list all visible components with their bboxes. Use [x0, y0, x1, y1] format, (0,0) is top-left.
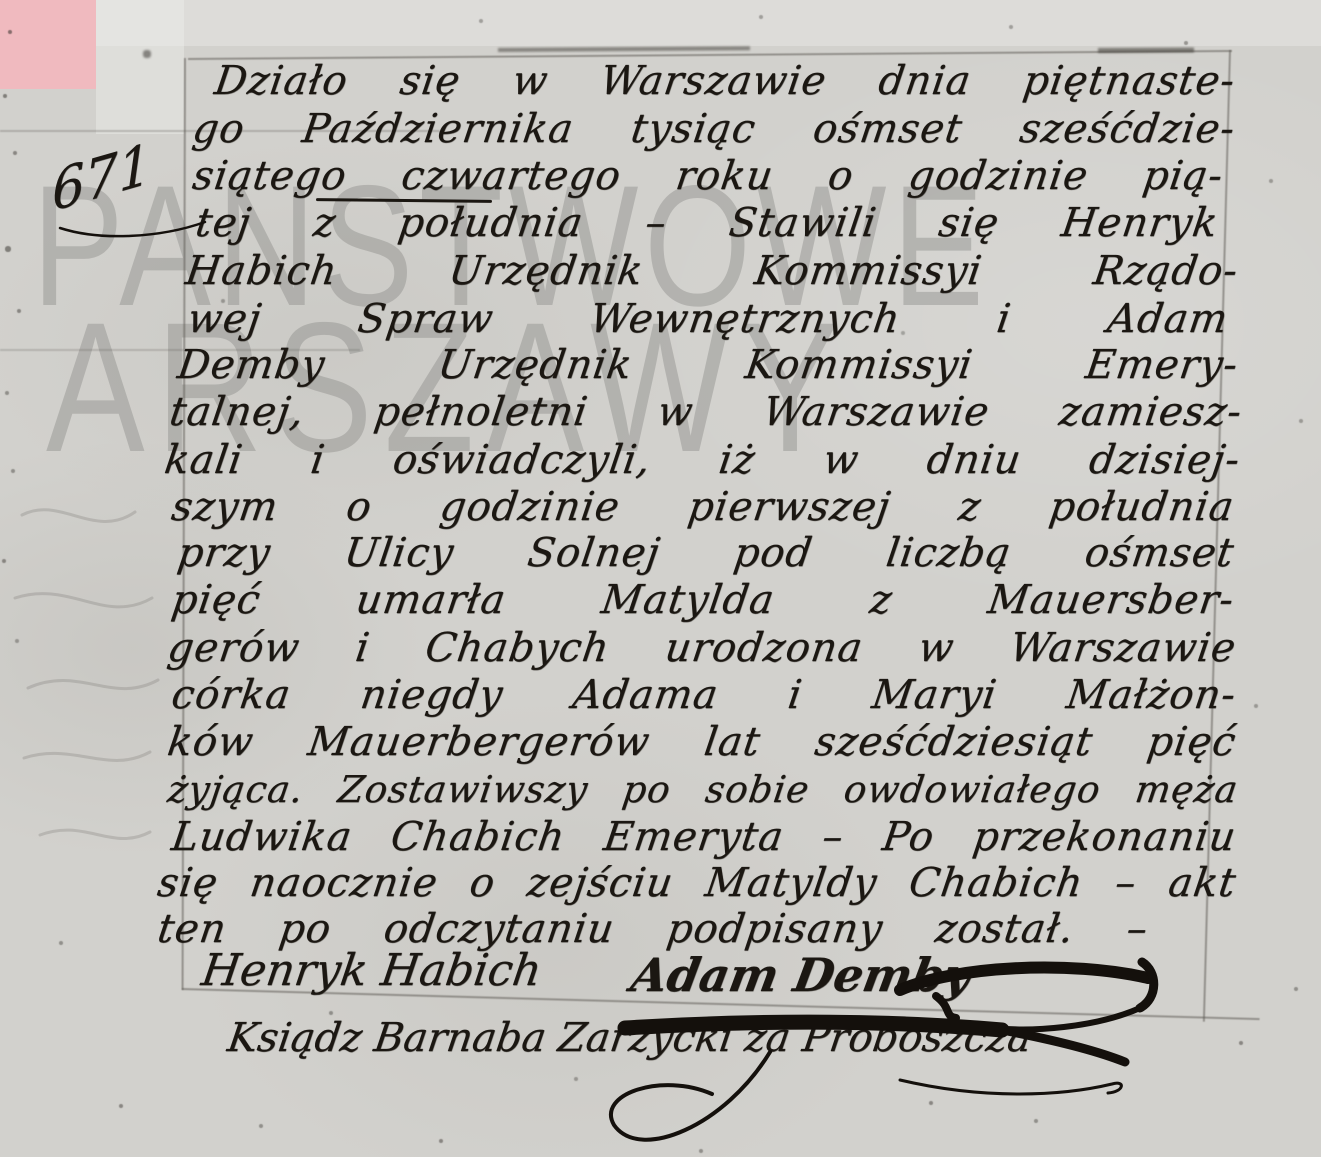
act-text-line: szym o godzinie pierwszej z południa — [169, 484, 1237, 530]
act-text-line: Demby Urzędnik Kommissyi Emery- — [175, 342, 1241, 388]
act-text-line: Działo się w Warszawie dnia piętnaste- — [212, 58, 1238, 104]
signature-priest: Ksiądz Barnaba Zarzycki za Proboszcza — [225, 1015, 1035, 1061]
pencil-frame-top-dark-segment-2 — [1098, 47, 1194, 53]
act-text-line: żyjąca. Zostawiwszy po sobie owdowiałego… — [165, 767, 1241, 813]
act-text-line: przy Ulicy Solnej pod liczbą ośmset — [175, 530, 1237, 576]
act-text-line: Habich Urzędnik Kommissyi Rządo- — [183, 248, 1241, 294]
paper-specks — [0, 0, 2, 2]
ghost-mark — [24, 752, 150, 760]
act-text-line: tej z południa – Stawili się Henryk — [193, 200, 1221, 246]
pink-scan-patch — [0, 0, 96, 89]
act-text-line: Ludwika Chabich Emeryta – Po przekonaniu — [169, 814, 1239, 860]
act-text-line: gerów i Chabych urodzona w Warszawie — [165, 625, 1239, 671]
act-text-line: talnej, pełnoletni w Warszawie zamiesz- — [167, 389, 1245, 435]
act-text-line: go Października tysiąc ośmset sześćdzie- — [190, 106, 1238, 152]
priest-signature-loop — [611, 1052, 770, 1140]
ghost-mark — [28, 680, 158, 689]
bleed-through-ghost-marks — [15, 510, 158, 839]
act-text-line: siątego czwartego roku o godzinie pią- — [190, 153, 1226, 199]
signature-henryk-habich: Henryk Habich — [198, 945, 544, 996]
act-text-line: ków Mauerbergerów lat sześćdziesiąt pięć — [165, 719, 1239, 765]
signature-adam-demby: Adam Demby — [627, 948, 976, 1002]
pencil-frame-top-dark-segment — [498, 46, 750, 52]
act-text-line: córka niegdy Adama i Maryi Małżon- — [169, 672, 1239, 718]
act-text-line: pięć umarła Matylda z Mauersber- — [169, 577, 1237, 623]
light-scan-band-top — [96, 0, 1321, 46]
ghost-mark — [15, 594, 152, 607]
light-scan-band-left — [96, 0, 184, 134]
ghost-mark — [40, 830, 150, 838]
act-text-line: kali i oświadczyli, iż w dniu dzisiej- — [162, 437, 1243, 483]
act-text-line: wej Spraw Wewnętrznych i Adam — [185, 296, 1231, 342]
priest-signature-tail — [900, 1080, 1121, 1094]
demby-flourish-hook — [1140, 962, 1154, 1008]
act-text-line: się naocznie o zejściu Matyldy Chabich –… — [155, 860, 1239, 906]
scanned-death-record-page: PANSTWOWE ARSZAWY 671 Działo się w Warsz… — [0, 0, 1321, 1157]
ghost-mark — [22, 510, 135, 522]
